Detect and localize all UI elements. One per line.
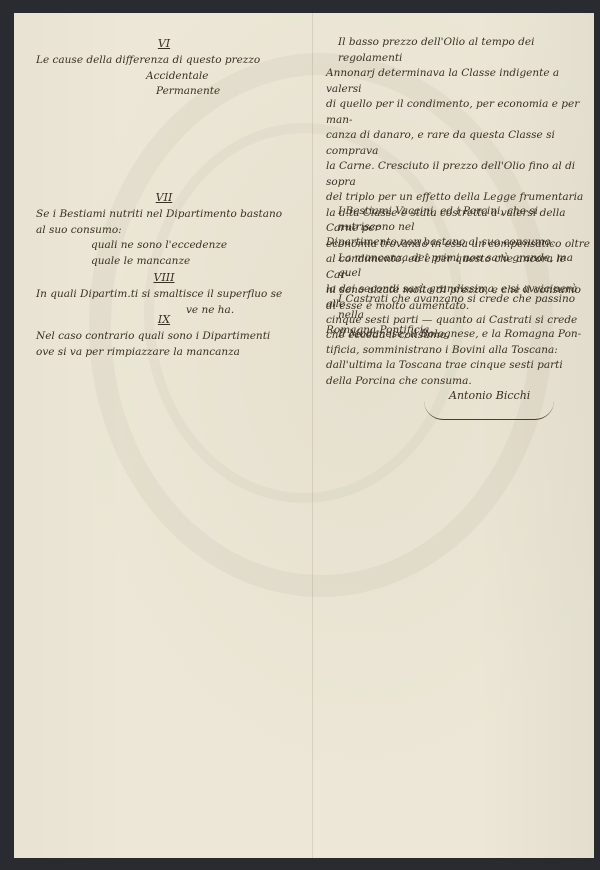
text-line: della Porcina che consuma. xyxy=(326,374,591,390)
section-numeral-vii: VII xyxy=(144,191,184,204)
text-line: di quello per il condimento, per economi… xyxy=(326,97,591,128)
text-line: Se i Bestiami nutriti nel Dipartimento b… xyxy=(36,207,316,223)
text-line: La mancanza dei primi non sarà grande, m… xyxy=(326,251,591,282)
signature-flourish xyxy=(424,401,554,420)
section-numeral-ix: IX xyxy=(144,313,184,326)
text-line: canza di danaro, e rare da questa Classe… xyxy=(326,128,591,159)
text-line: Nel caso contrario quali sono i Dipartim… xyxy=(36,329,316,345)
text-line: Il Modanese, il Bolognese, e la Romagna … xyxy=(326,327,591,343)
text-line: al suo consumo: xyxy=(36,223,316,239)
column-fold xyxy=(312,13,313,858)
text-line: I Castrati che avanzano si crede che pas… xyxy=(326,292,591,323)
document-page: VI Le cause della differenza di questo p… xyxy=(14,13,594,858)
section-ix-text: Nel caso contrario quali sono i Dipartim… xyxy=(36,329,316,360)
text-line: quali ne sono l'eccedenze xyxy=(36,238,316,254)
text-line: dall'ultima la Toscana trae cinque sesti… xyxy=(326,358,591,374)
text-line: Permanente xyxy=(36,84,316,100)
text-line: quale le mancanze xyxy=(36,254,316,270)
text-line: Accidentale xyxy=(36,69,316,85)
section-numeral-vi: VI xyxy=(144,37,184,50)
text-line: ove si va per rimpiazzare la mancanza xyxy=(36,345,316,361)
section-vi-text: Le cause della differenza di questo prez… xyxy=(36,53,316,100)
text-line: I Bestiami Vaccini, ed i Porcini, che si… xyxy=(326,204,591,235)
text-line: Le cause della differenza di questo prez… xyxy=(36,53,316,69)
text-line: Dipartimento non bastano al suo consumo. xyxy=(326,235,591,251)
text-line: la Carne. Cresciuto il prezzo dell'Olio … xyxy=(326,159,591,190)
text-line: tificia, somministrano i Bovini alla Tos… xyxy=(326,343,591,359)
section-vii-text: Se i Bestiami nutriti nel Dipartimento b… xyxy=(36,207,316,269)
section-numeral-viii: VIII xyxy=(144,271,184,284)
paragraph-4: Il Modanese, il Bolognese, e la Romagna … xyxy=(326,327,591,389)
text-line: In quali Dipartim.ti si smaltisce il sup… xyxy=(36,287,316,303)
text-line: Annonarj determinava la Classe indigente… xyxy=(326,66,591,97)
text-line: Il basso prezzo dell'Olio al tempo dei r… xyxy=(326,35,591,66)
